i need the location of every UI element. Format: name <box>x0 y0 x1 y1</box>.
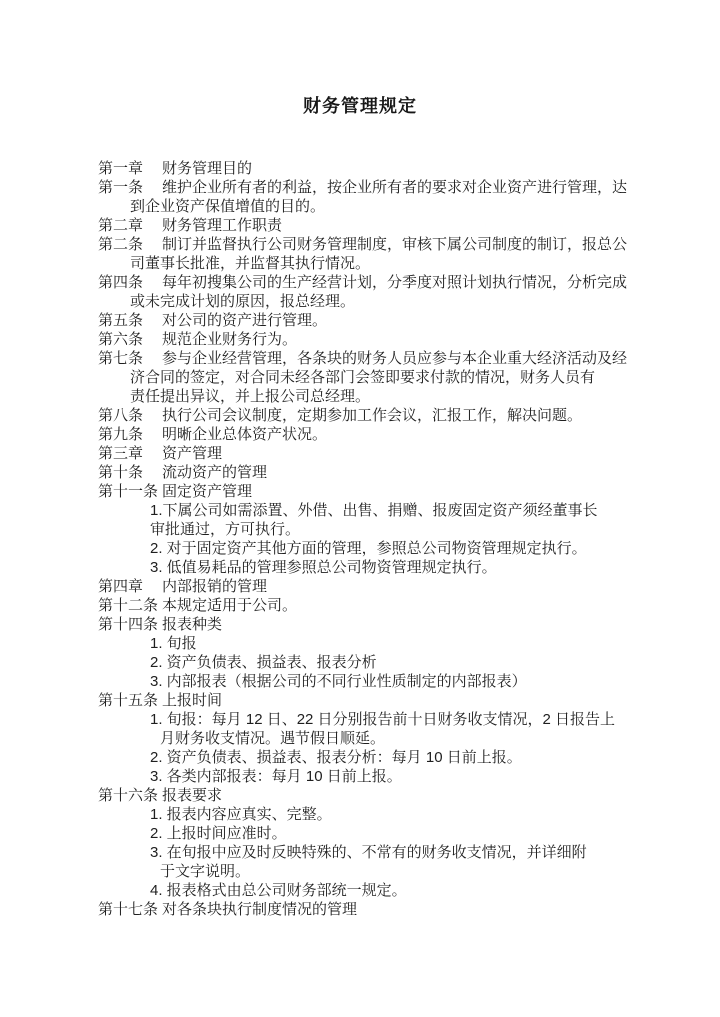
article-text: 报表种类 <box>162 616 222 633</box>
article-text: 本规定适用于公司。 <box>162 597 297 614</box>
article-text: 流动资产的管理 <box>162 464 267 481</box>
doc-line-article: 第一条维护企业所有者的利益，按企业所有者的要求对企业资产进行管理，达 <box>98 178 658 197</box>
doc-line: 3. 内部报表（根据公司的不同行业性质制定的内部报表） <box>98 672 658 691</box>
article-label: 第十一条 <box>98 482 158 501</box>
doc-line-article: 第六条规范企业财务行为。 <box>98 330 658 349</box>
document-body: 第一章财务管理目的第一条维护企业所有者的利益，按企业所有者的要求对企业资产进行管… <box>98 159 658 919</box>
doc-line: 1. 旬报 <box>98 634 658 653</box>
doc-line: 4. 报表格式由总公司财务部统一规定。 <box>98 881 658 900</box>
article-label: 第十条 <box>98 463 143 482</box>
article-label: 第四章 <box>98 577 143 596</box>
article-label: 第十四条 <box>98 615 158 634</box>
doc-line: 3. 各类内部报表：每月 10 日前上报。 <box>98 767 658 786</box>
article-label: 第十六条 <box>98 786 158 805</box>
article-text: 上报时间 <box>162 692 222 709</box>
doc-line-article: 第十二条本规定适用于公司。 <box>98 596 658 615</box>
article-label: 第七条 <box>98 349 143 368</box>
article-text: 参与企业经营管理，各条块的财务人员应参与本企业重大经济活动及经 <box>162 350 627 367</box>
article-label: 第二条 <box>98 235 143 254</box>
doc-line: 2. 对于固定资产其他方面的管理，参照总公司物资管理规定执行。 <box>98 539 658 558</box>
article-text: 制订并监督执行公司财务管理制度，审核下属公司制度的制订，报总公 <box>162 236 627 253</box>
article-label: 第二章 <box>98 216 143 235</box>
article-text: 执行公司会议制度，定期参加工作会议，汇报工作，解决问题。 <box>162 407 582 424</box>
article-label: 第十二条 <box>98 596 158 615</box>
article-label: 第三章 <box>98 444 143 463</box>
doc-line-article: 第四章内部报销的管理 <box>98 577 658 596</box>
doc-line-article: 第九条明晰企业总体资产状况。 <box>98 425 658 444</box>
article-text: 财务管理目的 <box>162 160 252 177</box>
article-text: 资产管理 <box>162 445 222 462</box>
article-text: 对各条块执行制度情况的管理 <box>162 901 357 918</box>
doc-line: 1. 报表内容应真实、完整。 <box>98 805 658 824</box>
article-text: 固定资产管理 <box>162 483 252 500</box>
article-label: 第五条 <box>98 311 143 330</box>
doc-line-article: 第五条对公司的资产进行管理。 <box>98 311 658 330</box>
doc-line: 济合同的签定，对合同未经各部门会签即要求付款的情况，财务人员有 <box>98 368 658 387</box>
article-text: 明晰企业总体资产状况。 <box>162 426 327 443</box>
doc-line: 审批通过，方可执行。 <box>98 520 658 539</box>
article-label: 第十七条 <box>98 900 158 919</box>
article-text: 内部报销的管理 <box>162 578 267 595</box>
document-title: 财务管理规定 <box>0 92 720 118</box>
doc-line-article: 第十四条报表种类 <box>98 615 658 634</box>
doc-line-article: 第十七条对各条块执行制度情况的管理 <box>98 900 658 919</box>
doc-line-article: 第十六条报表要求 <box>98 786 658 805</box>
doc-line: 1. 旬报：每月 12 日、22 日分别报告前十日财务收支情况，2 日报告上 <box>98 710 658 729</box>
doc-line-article: 第二条制订并监督执行公司财务管理制度，审核下属公司制度的制订，报总公 <box>98 235 658 254</box>
doc-line-article: 第十五条上报时间 <box>98 691 658 710</box>
article-text: 报表要求 <box>162 787 222 804</box>
article-label: 第十五条 <box>98 691 158 710</box>
doc-line-article: 第三章资产管理 <box>98 444 658 463</box>
article-text: 每年初搜集公司的生产经营计划，分季度对照计划执行情况，分析完成 <box>162 274 627 291</box>
article-label: 第九条 <box>98 425 143 444</box>
doc-line: 2. 资产负债表、损益表、报表分析 <box>98 653 658 672</box>
doc-line-article: 第十一条固定资产管理 <box>98 482 658 501</box>
article-label: 第一章 <box>98 159 143 178</box>
doc-line: 司董事长批准，并监督其执行情况。 <box>98 254 658 273</box>
article-text: 规范企业财务行为。 <box>162 331 297 348</box>
doc-line: 1.下属公司如需添置、外借、出售、捐赠、报废固定资产须经董事长 <box>98 501 658 520</box>
doc-line-article: 第八条执行公司会议制度，定期参加工作会议，汇报工作，解决问题。 <box>98 406 658 425</box>
doc-line: 月财务收支情况。遇节假日顺延。 <box>98 729 658 748</box>
doc-line-article: 第二章财务管理工作职责 <box>98 216 658 235</box>
article-label: 第一条 <box>98 178 143 197</box>
doc-line-article: 第七条参与企业经营管理，各条块的财务人员应参与本企业重大经济活动及经 <box>98 349 658 368</box>
doc-line: 于文字说明。 <box>98 862 658 881</box>
article-text: 财务管理工作职责 <box>162 217 282 234</box>
article-label: 第八条 <box>98 406 143 425</box>
doc-line-article: 第一章财务管理目的 <box>98 159 658 178</box>
doc-line: 责任提出异议，并上报公司总经理。 <box>98 387 658 406</box>
document-page: 财务管理规定 第一章财务管理目的第一条维护企业所有者的利益，按企业所有者的要求对… <box>0 0 720 1017</box>
doc-line: 2. 上报时间应准时。 <box>98 824 658 843</box>
doc-line: 3. 在旬报中应及时反映特殊的、不常有的财务收支情况，并详细附 <box>98 843 658 862</box>
doc-line-article: 第四条每年初搜集公司的生产经营计划，分季度对照计划执行情况，分析完成 <box>98 273 658 292</box>
doc-line: 到企业资产保值增值的目的。 <box>98 197 658 216</box>
doc-line: 或未完成计划的原因，报总经理。 <box>98 292 658 311</box>
article-text: 对公司的资产进行管理。 <box>162 312 327 329</box>
article-label: 第六条 <box>98 330 143 349</box>
article-label: 第四条 <box>98 273 143 292</box>
doc-line: 2. 资产负债表、损益表、报表分析：每月 10 日前上报。 <box>98 748 658 767</box>
doc-line-article: 第十条流动资产的管理 <box>98 463 658 482</box>
article-text: 维护企业所有者的利益，按企业所有者的要求对企业资产进行管理，达 <box>162 179 627 196</box>
doc-line: 3. 低值易耗品的管理参照总公司物资管理规定执行。 <box>98 558 658 577</box>
